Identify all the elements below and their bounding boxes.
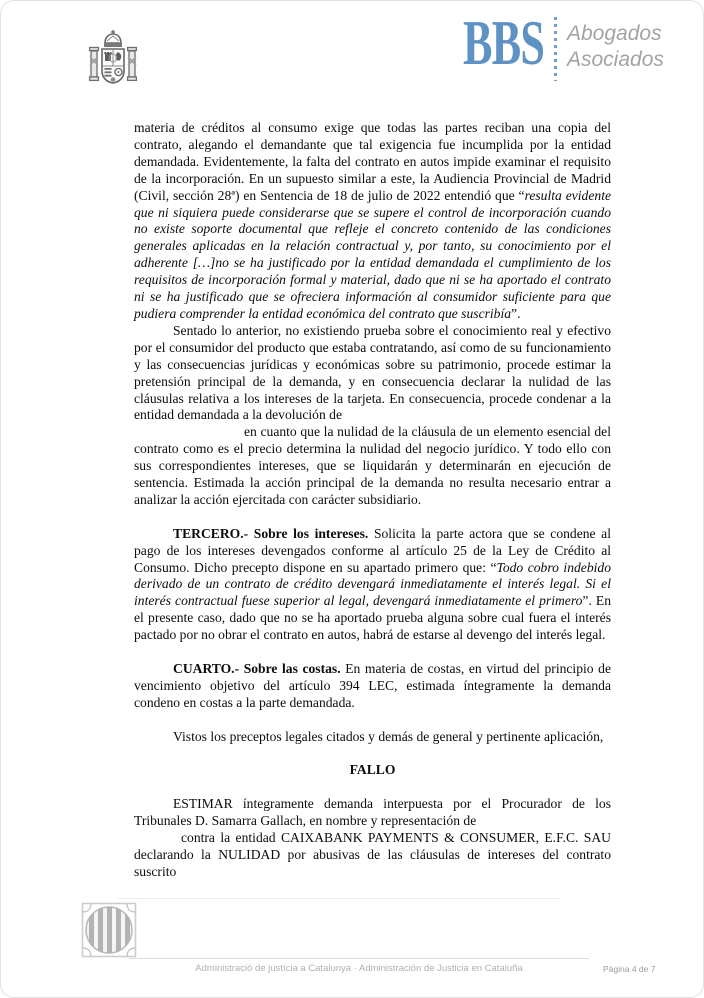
footer-divider xyxy=(129,958,589,959)
text-run: ESTIMAR íntegramente demanda interpuesta… xyxy=(134,796,611,828)
text-run: TERCERO.- Sobre los intereses. xyxy=(173,526,368,541)
paragraph-estimar: ESTIMAR íntegramente demanda interpuesta… xyxy=(134,796,611,830)
paragraph-en-cuanto: en cuanto que la nulidad de la cláusula … xyxy=(134,424,611,509)
bbs-subtitle-line2: Asociados xyxy=(567,47,664,73)
document-page: BBS Abogados Asociados materia de crédit… xyxy=(0,0,704,998)
paragraph-incorporacion: materia de créditos al consumo exige que… xyxy=(134,120,611,323)
spain-coat-of-arms-icon xyxy=(88,29,138,89)
text-run: Vistos los preceptos legales citados y d… xyxy=(173,729,603,744)
generalitat-catalunya-icon xyxy=(81,902,137,958)
document-body: materia de créditos al consumo exige que… xyxy=(134,120,611,881)
footer-administration-text: Administració de justícia a Catalunya · … xyxy=(129,963,589,974)
logo-dotted-divider xyxy=(554,17,557,81)
bbs-subtitle-line1: Abogados xyxy=(567,21,664,47)
paragraph-contra: contra la entidad CAIXABANK PAYMENTS & C… xyxy=(134,830,611,881)
text-run: FALLO xyxy=(350,762,396,777)
footer-top-divider xyxy=(118,898,561,899)
bbs-logo-text: BBS xyxy=(463,13,544,73)
paragraph-cuarto: CUARTO.- Sobre las costas. En materia de… xyxy=(134,661,611,712)
text-run: resulta evidente que ni siquiera puede c… xyxy=(134,188,611,321)
text-run: ”. xyxy=(511,306,520,321)
text-run: en cuanto que la nulidad de la cláusula … xyxy=(134,424,611,507)
heading-fallo: FALLO xyxy=(134,762,611,779)
text-run: Sentado lo anterior, no existiendo prueb… xyxy=(134,323,611,423)
text-run: contra la entidad CAIXABANK PAYMENTS & C… xyxy=(134,830,611,879)
paragraph-vistos: Vistos los preceptos legales citados y d… xyxy=(134,729,611,746)
text-run: CUARTO.- Sobre las costas. xyxy=(173,661,341,676)
page-number-label: Pàgina 4 de 7 xyxy=(603,964,655,974)
paragraph-sentado: Sentado lo anterior, no existiendo prueb… xyxy=(134,323,611,424)
paragraph-tercero: TERCERO.- Sobre los intereses. Solicita … xyxy=(134,526,611,644)
bbs-logo-subtitle: Abogados Asociados xyxy=(567,21,664,73)
